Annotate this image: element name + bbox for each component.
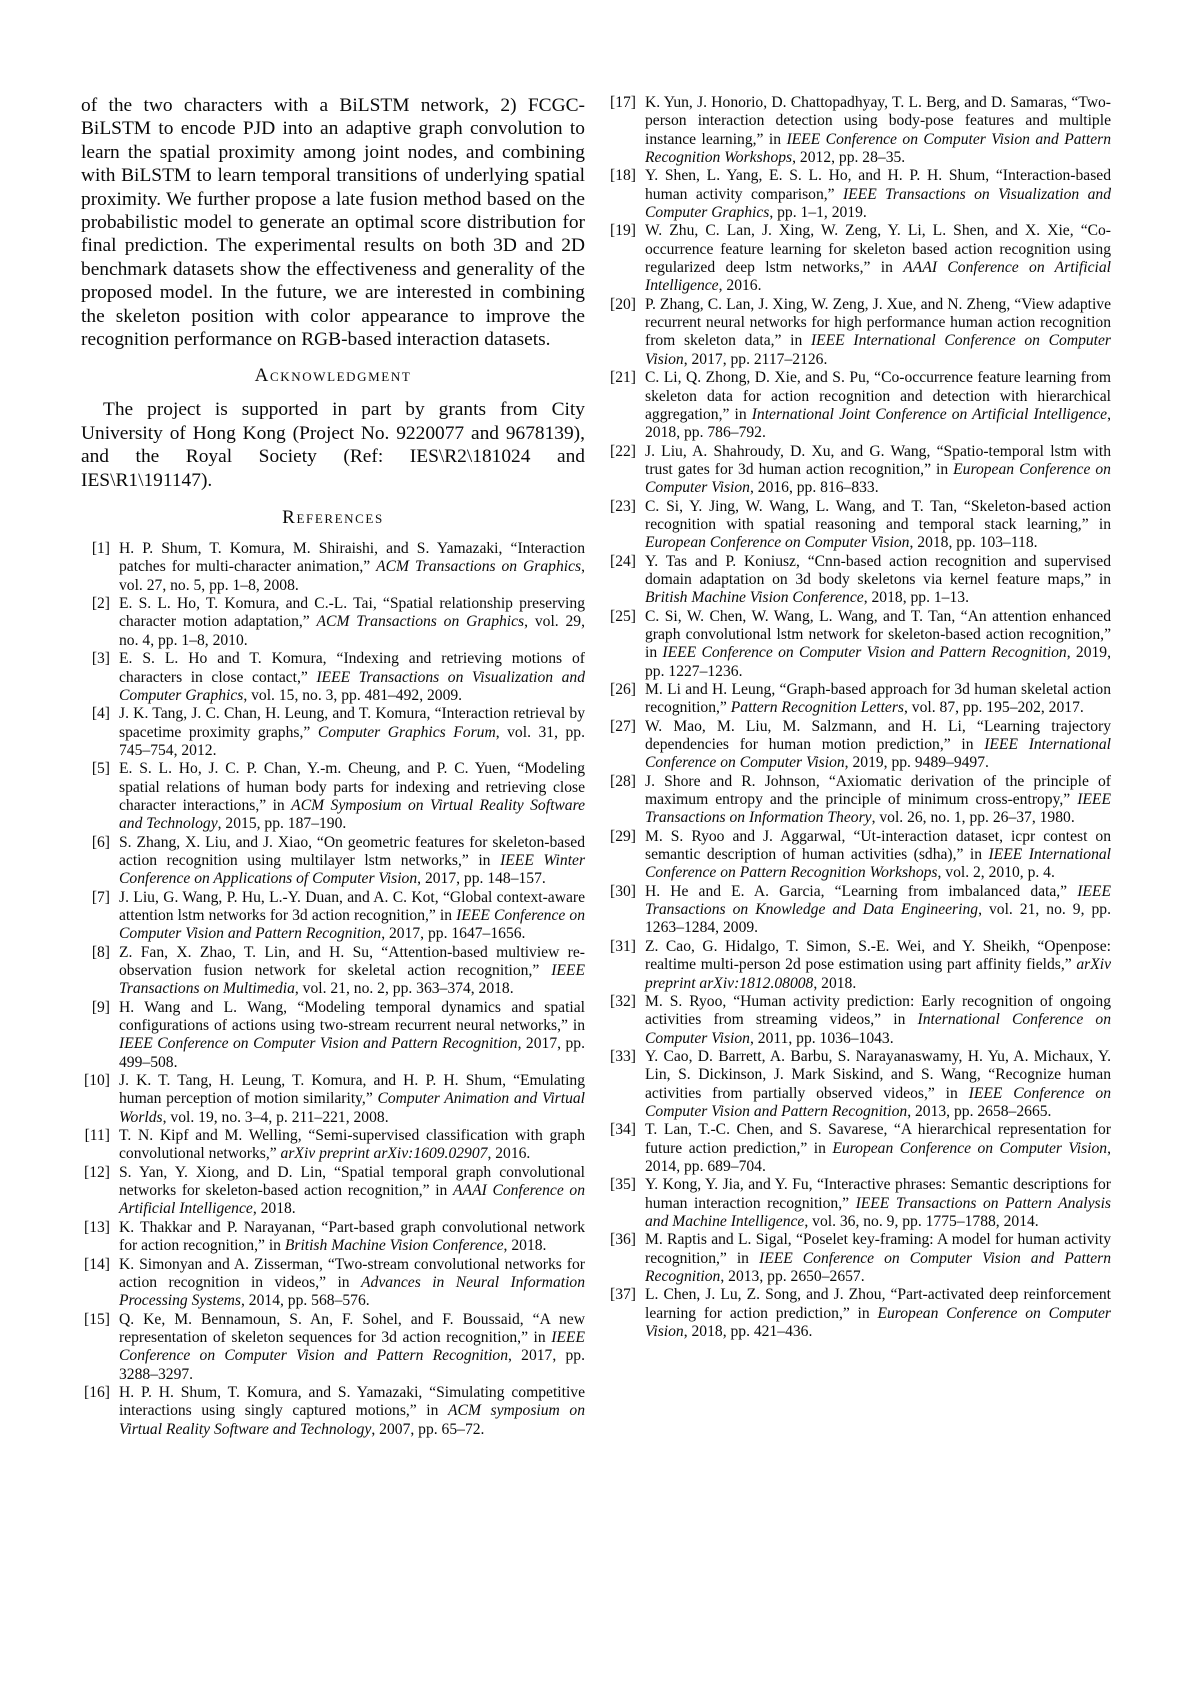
reference-item: [17]K. Yun, J. Honorio, D. Chattopadhyay… xyxy=(607,94,1111,167)
reference-number: [25] xyxy=(607,608,636,626)
reference-text: M. S. Ryoo, “Human activity prediction: … xyxy=(645,993,1111,1047)
reference-item: [16]H. P. H. Shum, T. Komura, and S. Yam… xyxy=(81,1384,585,1439)
reference-item: [31]Z. Cao, G. Hidalgo, T. Simon, S.-E. … xyxy=(607,938,1111,993)
reference-item: [4]J. K. Tang, J. C. Chan, H. Leung, and… xyxy=(81,705,585,760)
reference-item: [28]J. Shore and R. Johnson, “Axiomatic … xyxy=(607,773,1111,828)
reference-item: [15]Q. Ke, M. Bennamoun, S. An, F. Sohel… xyxy=(81,1311,585,1384)
paper-page: of the two characters with a BiLSTM netw… xyxy=(0,0,1191,1684)
reference-text: M. S. Ryoo and J. Aggarwal, “Ut-interact… xyxy=(645,828,1111,882)
reference-number: [32] xyxy=(607,993,636,1011)
right-column: [17]K. Yun, J. Honorio, D. Chattopadhyay… xyxy=(607,94,1111,1439)
reference-text: H. P. Shum, T. Komura, M. Shiraishi, and… xyxy=(119,540,585,594)
reference-text: Y. Shen, L. Yang, E. S. L. Ho, and H. P.… xyxy=(645,167,1111,221)
reference-text: Y. Cao, D. Barrett, A. Barbu, S. Narayan… xyxy=(645,1048,1111,1120)
reference-item: [3]E. S. L. Ho and T. Komura, “Indexing … xyxy=(81,650,585,705)
acknowledgment-paragraph: The project is supported in part by gran… xyxy=(81,398,585,492)
reference-text: Z. Cao, G. Hidalgo, T. Simon, S.-E. Wei,… xyxy=(645,938,1111,992)
reference-item: [29]M. S. Ryoo and J. Aggarwal, “Ut-inte… xyxy=(607,828,1111,883)
reference-number: [7] xyxy=(81,889,110,907)
reference-item: [27]W. Mao, M. Liu, M. Salzmann, and H. … xyxy=(607,718,1111,773)
reference-item: [18]Y. Shen, L. Yang, E. S. L. Ho, and H… xyxy=(607,167,1111,222)
reference-text: K. Simonyan and A. Zisserman, “Two-strea… xyxy=(119,1256,585,1310)
reference-text: M. Li and H. Leung, “Graph-based approac… xyxy=(645,681,1111,716)
reference-text: P. Zhang, C. Lan, J. Xing, W. Zeng, J. X… xyxy=(645,296,1111,368)
acknowledgment-heading: Acknowledgment xyxy=(81,365,585,387)
reference-number: [8] xyxy=(81,944,110,962)
reference-text: H. He and E. A. Garcia, “Learning from i… xyxy=(645,883,1111,937)
reference-text: J. Liu, A. Shahroudy, D. Xu, and G. Wang… xyxy=(645,443,1111,497)
reference-text: Y. Tas and P. Koniusz, “Cnn-based action… xyxy=(645,553,1111,607)
reference-item: [12]S. Yan, Y. Xiong, and D. Lin, “Spati… xyxy=(81,1164,585,1219)
reference-text: Z. Fan, X. Zhao, T. Lin, and H. Su, “Att… xyxy=(119,944,585,998)
reference-item: [33]Y. Cao, D. Barrett, A. Barbu, S. Nar… xyxy=(607,1048,1111,1121)
reference-item: [2]E. S. L. Ho, T. Komura, and C.-L. Tai… xyxy=(81,595,585,650)
reference-text: C. Li, Q. Zhong, D. Xie, and S. Pu, “Co-… xyxy=(645,369,1111,441)
two-column-layout: of the two characters with a BiLSTM netw… xyxy=(0,0,1191,1439)
references-heading: References xyxy=(81,507,585,529)
reference-number: [29] xyxy=(607,828,636,846)
reference-number: [30] xyxy=(607,883,636,901)
left-column: of the two characters with a BiLSTM netw… xyxy=(81,94,585,1439)
reference-item: [35]Y. Kong, Y. Jia, and Y. Fu, “Interac… xyxy=(607,1176,1111,1231)
reference-number: [23] xyxy=(607,498,636,516)
reference-item: [36]M. Raptis and L. Sigal, “Poselet key… xyxy=(607,1231,1111,1286)
reference-text: S. Yan, Y. Xiong, and D. Lin, “Spatial t… xyxy=(119,1164,585,1218)
reference-item: [8]Z. Fan, X. Zhao, T. Lin, and H. Su, “… xyxy=(81,944,585,999)
reference-number: [24] xyxy=(607,553,636,571)
reference-text: J. Liu, G. Wang, P. Hu, L.-Y. Duan, and … xyxy=(119,889,585,943)
reference-number: [33] xyxy=(607,1048,636,1066)
reference-number: [17] xyxy=(607,94,636,112)
reference-text: J. Shore and R. Johnson, “Axiomatic deri… xyxy=(645,773,1111,827)
reference-text: S. Zhang, X. Liu, and J. Xiao, “On geome… xyxy=(119,834,585,888)
references-column-2: [17]K. Yun, J. Honorio, D. Chattopadhyay… xyxy=(607,94,1111,1341)
reference-item: [32]M. S. Ryoo, “Human activity predicti… xyxy=(607,993,1111,1048)
reference-text: E. S. L. Ho, T. Komura, and C.-L. Tai, “… xyxy=(119,595,585,649)
reference-item: [22]J. Liu, A. Shahroudy, D. Xu, and G. … xyxy=(607,443,1111,498)
reference-item: [21]C. Li, Q. Zhong, D. Xie, and S. Pu, … xyxy=(607,369,1111,442)
reference-text: E. S. L. Ho, J. C. P. Chan, Y.-m. Cheung… xyxy=(119,760,585,832)
reference-item: [11]T. N. Kipf and M. Welling, “Semi-sup… xyxy=(81,1127,585,1164)
reference-text: W. Mao, M. Liu, M. Salzmann, and H. Li, … xyxy=(645,718,1111,772)
reference-item: [5]E. S. L. Ho, J. C. P. Chan, Y.-m. Che… xyxy=(81,760,585,833)
reference-number: [35] xyxy=(607,1176,636,1194)
reference-text: J. K. Tang, J. C. Chan, H. Leung, and T.… xyxy=(119,705,585,759)
reference-number: [13] xyxy=(81,1219,110,1237)
reference-item: [23]C. Si, Y. Jing, W. Wang, L. Wang, an… xyxy=(607,498,1111,553)
reference-number: [37] xyxy=(607,1286,636,1304)
reference-number: [19] xyxy=(607,222,636,240)
reference-text: C. Si, W. Chen, W. Wang, L. Wang, and T.… xyxy=(645,608,1111,680)
reference-number: [20] xyxy=(607,296,636,314)
reference-item: [19]W. Zhu, C. Lan, J. Xing, W. Zeng, Y.… xyxy=(607,222,1111,295)
reference-item: [25]C. Si, W. Chen, W. Wang, L. Wang, an… xyxy=(607,608,1111,681)
reference-number: [5] xyxy=(81,760,110,778)
reference-text: K. Yun, J. Honorio, D. Chattopadhyay, T.… xyxy=(645,94,1111,166)
reference-item: [20]P. Zhang, C. Lan, J. Xing, W. Zeng, … xyxy=(607,296,1111,369)
reference-text: H. Wang and L. Wang, “Modeling temporal … xyxy=(119,999,585,1071)
reference-number: [16] xyxy=(81,1384,110,1402)
reference-number: [11] xyxy=(81,1127,110,1145)
reference-number: [21] xyxy=(607,369,636,387)
reference-number: [10] xyxy=(81,1072,110,1090)
reference-number: [36] xyxy=(607,1231,636,1249)
reference-item: [10]J. K. T. Tang, H. Leung, T. Komura, … xyxy=(81,1072,585,1127)
reference-text: K. Thakkar and P. Narayanan, “Part-based… xyxy=(119,1219,585,1254)
reference-item: [13]K. Thakkar and P. Narayanan, “Part-b… xyxy=(81,1219,585,1256)
reference-text: H. P. H. Shum, T. Komura, and S. Yamazak… xyxy=(119,1384,585,1438)
reference-number: [4] xyxy=(81,705,110,723)
reference-text: T. Lan, T.-C. Chen, and S. Savarese, “A … xyxy=(645,1121,1111,1175)
reference-text: T. N. Kipf and M. Welling, “Semi-supervi… xyxy=(119,1127,585,1162)
reference-item: [9]H. Wang and L. Wang, “Modeling tempor… xyxy=(81,999,585,1072)
reference-number: [1] xyxy=(81,540,110,558)
reference-text: J. K. T. Tang, H. Leung, T. Komura, and … xyxy=(119,1072,585,1126)
reference-number: [9] xyxy=(81,999,110,1017)
reference-text: C. Si, Y. Jing, W. Wang, L. Wang, and T.… xyxy=(645,498,1111,552)
reference-text: E. S. L. Ho and T. Komura, “Indexing and… xyxy=(119,650,585,704)
reference-item: [7]J. Liu, G. Wang, P. Hu, L.-Y. Duan, a… xyxy=(81,889,585,944)
body-paragraph: of the two characters with a BiLSTM netw… xyxy=(81,94,585,351)
reference-number: [15] xyxy=(81,1311,110,1329)
reference-number: [22] xyxy=(607,443,636,461)
reference-item: [30]H. He and E. A. Garcia, “Learning fr… xyxy=(607,883,1111,938)
reference-number: [26] xyxy=(607,681,636,699)
reference-number: [14] xyxy=(81,1256,110,1274)
reference-text: Y. Kong, Y. Jia, and Y. Fu, “Interactive… xyxy=(645,1176,1111,1230)
reference-number: [34] xyxy=(607,1121,636,1139)
reference-text: M. Raptis and L. Sigal, “Poselet key-fra… xyxy=(645,1231,1111,1285)
references-column-1: [1]H. P. Shum, T. Komura, M. Shiraishi, … xyxy=(81,540,585,1439)
reference-number: [27] xyxy=(607,718,636,736)
reference-number: [18] xyxy=(607,167,636,185)
reference-text: W. Zhu, C. Lan, J. Xing, W. Zeng, Y. Li,… xyxy=(645,222,1111,294)
reference-text: Q. Ke, M. Bennamoun, S. An, F. Sohel, an… xyxy=(119,1311,585,1383)
reference-item: [37]L. Chen, J. Lu, Z. Song, and J. Zhou… xyxy=(607,1286,1111,1341)
reference-number: [28] xyxy=(607,773,636,791)
reference-item: [6]S. Zhang, X. Liu, and J. Xiao, “On ge… xyxy=(81,834,585,889)
reference-number: [31] xyxy=(607,938,636,956)
reference-item: [34]T. Lan, T.-C. Chen, and S. Savarese,… xyxy=(607,1121,1111,1176)
reference-item: [24]Y. Tas and P. Koniusz, “Cnn-based ac… xyxy=(607,553,1111,608)
reference-number: [3] xyxy=(81,650,110,668)
reference-item: [26]M. Li and H. Leung, “Graph-based app… xyxy=(607,681,1111,718)
reference-item: [1]H. P. Shum, T. Komura, M. Shiraishi, … xyxy=(81,540,585,595)
reference-number: [2] xyxy=(81,595,110,613)
reference-number: [6] xyxy=(81,834,110,852)
reference-number: [12] xyxy=(81,1164,110,1182)
reference-text: L. Chen, J. Lu, Z. Song, and J. Zhou, “P… xyxy=(645,1286,1111,1340)
reference-item: [14]K. Simonyan and A. Zisserman, “Two-s… xyxy=(81,1256,585,1311)
